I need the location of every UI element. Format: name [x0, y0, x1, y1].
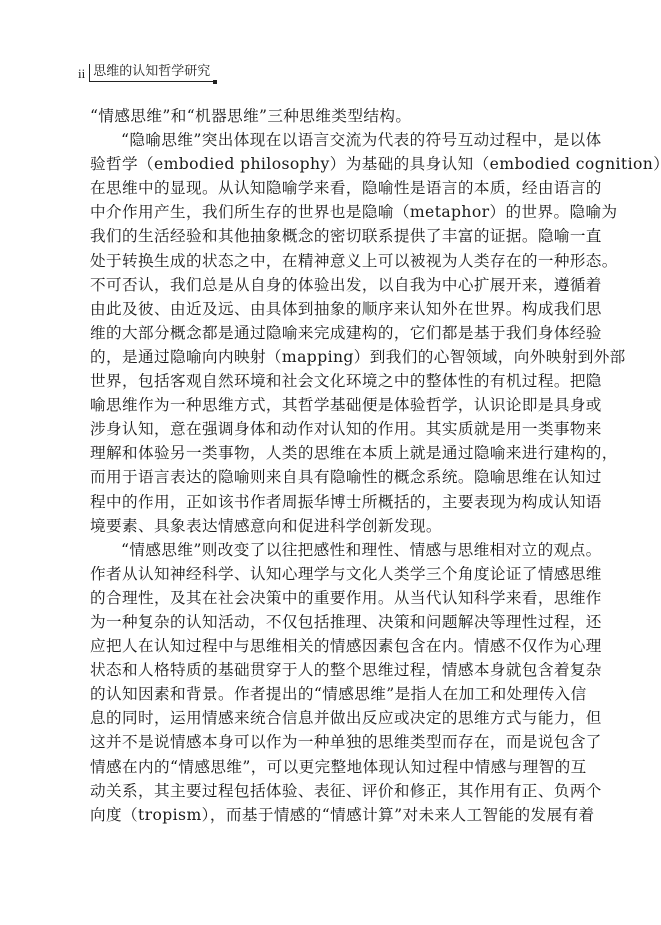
paragraph: “情感思维”则改变了以往把感性和理性、情感与思维相对立的观点。作者从认知神经科学… — [90, 538, 572, 827]
text-line: 由此及彼、由近及远、由具体到抽象的顺序来认知外在世界。构成我们思 — [90, 297, 572, 321]
text-line: 状态和人格特质的基础贯穿于人的整个思维过程，情感本身就包含着复杂 — [90, 658, 572, 682]
text-line: 的合理性，及其在社会决策中的重要作用。从当代认知科学来看，思维作 — [90, 586, 572, 610]
text-line: 处于转换生成的状态之中，在精神意义上可以被视为人类存在的一种形态。 — [90, 249, 572, 273]
text-line: 不可否认，我们总是从自身的体验出发，以自我为中心扩展开来，遵循着 — [90, 273, 572, 297]
text-line: 作者从认知神经科学、认知心理学与文化人类学三个角度论证了情感思维 — [90, 562, 572, 586]
text-line: 的，是通过隐喻向内映射（mapping）到我们的心智领域，向外映射到外部 — [90, 345, 572, 369]
text-line: 而用于语言表达的隐喻则来自具有隐喻性的概念系统。隐喻思维在认知过 — [90, 465, 572, 489]
text-line: 程中的作用，正如该书作者周振华博士所概括的，主要表现为构成认知语 — [90, 490, 572, 514]
text-line: 在思维中的显现。从认知隐喻学来看，隐喻性是语言的本质，经由语言的 — [90, 176, 572, 200]
running-head: ii 思维的认知哲学研究 — [78, 64, 214, 82]
text-line: 涉身认知，意在强调身体和动作对认知的作用。其实质就是用一类事物来 — [90, 417, 572, 441]
text-line: “隐喻思维”突出体现在以语言交流为代表的符号互动过程中，是以体 — [90, 128, 572, 152]
text-line: “情感思维”则改变了以往把感性和理性、情感与思维相对立的观点。 — [90, 538, 572, 562]
text-line: 境要素、具象表达情感意向和促进科学创新发现。 — [90, 514, 572, 538]
body-text: “情感思维”和“机器思维”三种思维类型结构。“隐喻思维”突出体现在以语言交流为代… — [90, 104, 572, 827]
paragraph: “隐喻思维”突出体现在以语言交流为代表的符号互动过程中，是以体验哲学（embod… — [90, 128, 572, 538]
book-title: 思维的认知哲学研究 — [89, 64, 214, 82]
text-line: 中介作用产生，我们所生存的世界也是隐喻（metaphor）的世界。隐喻为 — [90, 200, 572, 224]
text-line: 理解和体验另一类事物，人类的思维在本质上就是通过隐喻来进行建构的， — [90, 441, 572, 465]
text-line: 动关系，其主要过程包括体验、表征、评价和修正，其作用有正、负两个 — [90, 779, 572, 803]
page-number: ii — [78, 66, 85, 82]
text-line: 世界，包括客观自然环境和社会文化环境之中的整体性的有机过程。把隐 — [90, 369, 572, 393]
text-line: 息的同时，运用情感来统合信息并做出反应或决定的思维方式与能力，但 — [90, 706, 572, 730]
text-line: 为一种复杂的认知活动，不仅包括推理、决策和问题解决等理性过程，还 — [90, 610, 572, 634]
text-line: 的认知因素和背景。作者提出的“情感思维”是指人在加工和处理传入信 — [90, 682, 572, 706]
text-line: 应把人在认知过程中与思维相关的情感因素包含在内。情感不仅作为心理 — [90, 634, 572, 658]
text-line: 这并不是说情感本身可以作为一种单独的思维类型而存在，而是说包含了 — [90, 730, 572, 754]
text-line: “情感思维”和“机器思维”三种思维类型结构。 — [90, 104, 572, 128]
paragraph: “情感思维”和“机器思维”三种思维类型结构。 — [90, 104, 572, 128]
text-line: 情感在内的“情感思维”，可以更完整地体现认知过程中情感与理智的互 — [90, 755, 572, 779]
text-line: 验哲学（embodied philosophy）为基础的具身认知（embodie… — [90, 152, 572, 176]
text-line: 维的大部分概念都是通过隐喻来完成建构的，它们都是基于我们身体经验 — [90, 321, 572, 345]
text-line: 向度（tropism），而基于情感的“情感计算”对未来人工智能的发展有着 — [90, 803, 572, 827]
text-line: 我们的生活经验和其他抽象概念的密切联系提供了丰富的证据。隐喻一直 — [90, 224, 572, 248]
text-line: 喻思维作为一种思维方式，其哲学基础便是体验哲学，认识论即是具身或 — [90, 393, 572, 417]
